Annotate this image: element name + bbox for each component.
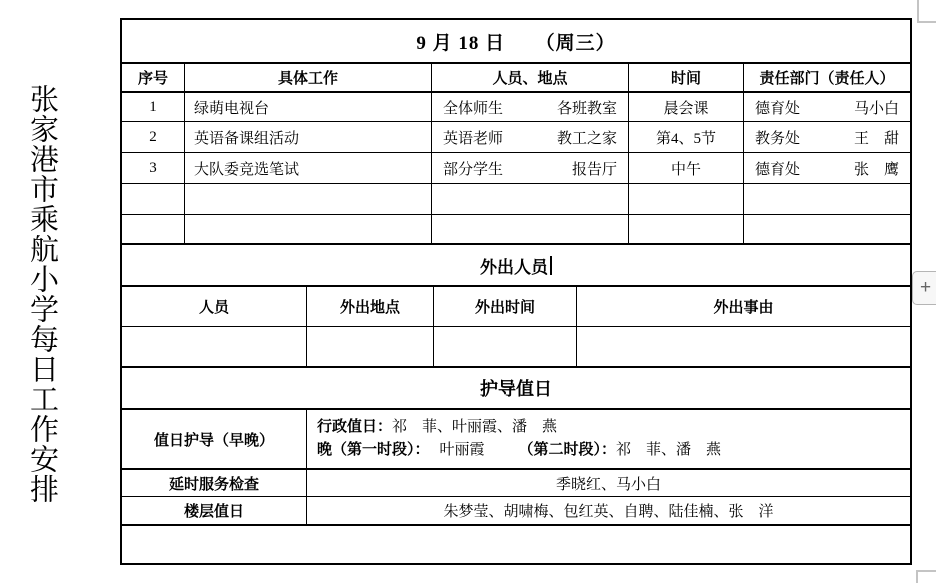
outgoing-empty-row [122, 326, 910, 366]
header-people-place[interactable]: 人员、地点 [432, 64, 629, 91]
outgoing-header-person[interactable]: 人员 [122, 287, 307, 326]
evening-slot1-label: 晚（第一时段）： [317, 442, 430, 458]
page-corner-mark-top [917, 21, 936, 23]
cell-people-place[interactable]: 英语老师 教工之家 [432, 122, 629, 152]
duty-title-cell[interactable]: 护导值日 [122, 368, 910, 408]
header-dept[interactable]: 责任部门（责任人） [744, 64, 910, 91]
document-vertical-title[interactable]: 张家港市乘航小学每日工作安排 [22, 84, 63, 514]
cell-place: 报告厅 [572, 158, 617, 179]
outgoing-header-row: 人员 外出地点 外出时间 外出事由 [122, 285, 910, 326]
cell-no[interactable]: 3 [122, 153, 185, 183]
empty-cell[interactable] [122, 327, 307, 366]
table-row-empty [122, 214, 910, 243]
duty-patrol-lines: 行政值日：祁 菲、叶丽霞、潘 燕 晚（第一时段）：叶丽霞（第二时段）：祁 菲、潘… [307, 416, 721, 462]
empty-cell[interactable] [434, 327, 577, 366]
header-time[interactable]: 时间 [629, 64, 744, 91]
duty-patrol-line1: 行政值日：祁 菲、叶丽霞、潘 燕 [317, 416, 721, 439]
table-row: 1 绿萌电视台 全体师生 各班教室 晨会课 德育处 马小白 [122, 91, 910, 121]
empty-cell[interactable] [744, 184, 910, 214]
evening-slot2-label: （第二时段）： [519, 442, 617, 458]
duty-floor-label[interactable]: 楼层值日 [122, 497, 307, 524]
header-no[interactable]: 序号 [122, 64, 185, 91]
table-row: 3 大队委竞选笔试 部分学生 报告厅 中午 德育处 张 鹰 [122, 152, 910, 183]
duty-patrol-line2: 晚（第一时段）：叶丽霞（第二时段）：祁 菲、潘 燕 [317, 439, 721, 462]
duty-floor-value[interactable]: 朱梦莹、胡啸梅、包红英、自聘、陆佳楠、张 洋 [307, 497, 910, 524]
text-cursor [550, 256, 552, 275]
empty-cell[interactable] [744, 215, 910, 243]
page-corner-mark-bottom [916, 570, 936, 572]
outgoing-header-reason[interactable]: 外出事由 [577, 287, 910, 326]
cell-people-place[interactable]: 全体师生 各班教室 [432, 93, 629, 121]
empty-cell[interactable] [432, 215, 629, 243]
cell-person: 马小白 [854, 97, 899, 118]
cell-work[interactable]: 大队委竞选笔试 [185, 153, 432, 183]
duty-title: 护导值日 [480, 375, 552, 401]
cell-dept-person[interactable]: 教务处 王 甜 [744, 122, 910, 152]
duty-delay-row: 延时服务检查 季晓红、马小白 [122, 468, 910, 496]
empty-cell[interactable] [185, 184, 432, 214]
cell-dept: 教务处 [755, 127, 800, 148]
duty-title-row: 护导值日 [122, 366, 910, 408]
admin-duty-names: 祁 菲、叶丽霞、潘 燕 [392, 419, 557, 435]
insert-row-button[interactable]: + [912, 271, 936, 305]
empty-cell[interactable] [122, 184, 185, 214]
duty-patrol-value[interactable]: 行政值日：祁 菲、叶丽霞、潘 燕 晚（第一时段）：叶丽霞（第二时段）：祁 菲、潘… [307, 410, 910, 468]
document-page: 张家港市乘航小学每日工作安排 9 月 18 日 （周三） 序号 具体工作 人员、… [0, 0, 936, 583]
date-title-cell[interactable]: 9 月 18 日 （周三） [122, 20, 910, 62]
duty-patrol-row: 值日护导（早晚） 行政值日：祁 菲、叶丽霞、潘 燕 晚（第一时段）：叶丽霞（第二… [122, 408, 910, 468]
empty-cell[interactable] [122, 215, 185, 243]
cell-time[interactable]: 晨会课 [629, 93, 744, 121]
cell-dept-person[interactable]: 德育处 马小白 [744, 93, 910, 121]
table-row: 2 英语备课组活动 英语老师 教工之家 第4、5节 教务处 王 甜 [122, 121, 910, 152]
table-row-empty [122, 183, 910, 214]
evening-slot2-names: 祁 菲、潘 燕 [616, 442, 721, 458]
cell-dept: 德育处 [755, 97, 800, 118]
cell-work[interactable]: 英语备课组活动 [185, 122, 432, 152]
empty-cell[interactable] [629, 215, 744, 243]
cell-time[interactable]: 中午 [629, 153, 744, 183]
date-title-row: 9 月 18 日 （周三） [122, 20, 910, 62]
cell-no[interactable]: 2 [122, 122, 185, 152]
cell-people: 全体师生 [443, 97, 503, 118]
cell-person: 张 鹰 [854, 158, 899, 179]
empty-cell[interactable] [577, 327, 910, 366]
daily-schedule-table: 9 月 18 日 （周三） 序号 具体工作 人员、地点 时间 责任部门（责任人）… [120, 18, 912, 565]
duty-patrol-label[interactable]: 值日护导（早晚） [122, 410, 307, 468]
evening-slot1-names: 叶丽霞 [440, 442, 485, 458]
page-corner-mark-bottom [916, 570, 918, 583]
duty-delay-label[interactable]: 延时服务检查 [122, 470, 307, 496]
outgoing-header-place[interactable]: 外出地点 [307, 287, 434, 326]
schedule-header-row: 序号 具体工作 人员、地点 时间 责任部门（责任人） [122, 62, 910, 91]
date-title: 9 月 18 日 （周三） [416, 28, 615, 55]
cell-no[interactable]: 1 [122, 93, 185, 121]
cell-place: 教工之家 [557, 127, 617, 148]
cell-people-place[interactable]: 部分学生 报告厅 [432, 153, 629, 183]
empty-cell[interactable] [185, 215, 432, 243]
bottom-empty-row [122, 524, 910, 563]
admin-duty-label: 行政值日： [317, 419, 392, 435]
cell-person: 王 甜 [854, 127, 899, 148]
cell-people: 部分学生 [443, 158, 503, 179]
outgoing-title-cell[interactable]: 外出人员 [122, 245, 910, 285]
cell-people: 英语老师 [443, 127, 503, 148]
cell-dept-person[interactable]: 德育处 张 鹰 [744, 153, 910, 183]
empty-cell[interactable] [432, 184, 629, 214]
outgoing-title: 外出人员 [480, 253, 548, 278]
empty-cell[interactable] [629, 184, 744, 214]
empty-cell[interactable] [307, 327, 434, 366]
cell-time[interactable]: 第4、5节 [629, 122, 744, 152]
cell-work[interactable]: 绿萌电视台 [185, 93, 432, 121]
outgoing-title-row: 外出人员 [122, 243, 910, 285]
outgoing-header-time[interactable]: 外出时间 [434, 287, 577, 326]
page-corner-mark-top [917, 0, 919, 23]
cell-dept: 德育处 [755, 158, 800, 179]
duty-floor-row: 楼层值日 朱梦莹、胡啸梅、包红英、自聘、陆佳楠、张 洋 [122, 496, 910, 524]
duty-delay-value[interactable]: 季晓红、马小白 [307, 470, 910, 496]
empty-cell[interactable] [122, 526, 910, 563]
header-work[interactable]: 具体工作 [185, 64, 432, 91]
cell-place: 各班教室 [557, 97, 617, 118]
